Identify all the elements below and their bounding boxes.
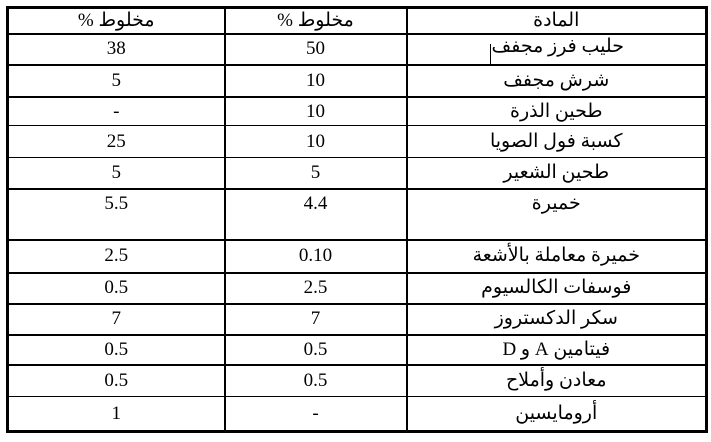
cell-mix1: 2.5 — [225, 273, 407, 304]
table-row: أرومايسين - 1 — [8, 397, 707, 432]
table-row: طحين الشعير 5 5 — [8, 158, 707, 189]
header-row: المادة مخلوط % مخلوط % — [8, 8, 707, 34]
cell-mix2: 7 — [8, 304, 225, 335]
cell-mix1: 0.5 — [225, 335, 407, 365]
table-row: معادن وأملاح 0.5 0.5 — [8, 365, 707, 397]
table-row: كسبة فول الصويا 10 25 — [8, 126, 707, 158]
header-material: المادة — [407, 8, 707, 34]
cell-mix2: 25 — [8, 126, 225, 158]
cell-mix1: 0.5 — [225, 365, 407, 397]
cell-material: أرومايسين — [407, 397, 707, 432]
cell-mix2: 0.5 — [8, 335, 225, 365]
table-row: سكر الدكستروز 7 7 — [8, 304, 707, 335]
cell-material: حليب فرز مجفف — [407, 34, 707, 65]
cell-material: معادن وأملاح — [407, 365, 707, 397]
table-row: خميرة معاملة بالأشعة 0.10 2.5 — [8, 240, 707, 273]
cell-mix1: 4.4 — [225, 189, 407, 240]
cell-mix1: 50 — [225, 34, 407, 65]
cell-mix2: 2.5 — [8, 240, 225, 273]
cell-material: فيتامين A و D — [407, 335, 707, 365]
cell-mix2: 5 — [8, 65, 225, 97]
table-row: فيتامين A و D 0.5 0.5 — [8, 335, 707, 365]
cell-mix2: 5 — [8, 158, 225, 189]
table-row: طحين الذرة 10 - — [8, 97, 707, 126]
table-row: حليب فرز مجفف 50 38 — [8, 34, 707, 65]
material-text: حليب فرز مجفف — [492, 36, 624, 57]
cell-mix1: 5 — [225, 158, 407, 189]
header-mix2: مخلوط % — [8, 8, 225, 34]
cell-mix2: 5.5 — [8, 189, 225, 240]
cell-material: فوسفات الكالسيوم — [407, 273, 707, 304]
cell-material: طحين الشعير — [407, 158, 707, 189]
header-mix1: مخلوط % — [225, 8, 407, 34]
cell-mix1: - — [225, 397, 407, 432]
cell-mix1: 7 — [225, 304, 407, 335]
table-row: شرش مجفف 10 5 — [8, 65, 707, 97]
cell-material: كسبة فول الصويا — [407, 126, 707, 158]
table-row: خميرة 4.4 5.5 — [8, 189, 707, 240]
table-row: فوسفات الكالسيوم 2.5 0.5 — [8, 273, 707, 304]
cell-material: شرش مجفف — [407, 65, 707, 97]
cell-mix2: - — [8, 97, 225, 126]
cell-material: خميرة — [407, 189, 707, 240]
cell-material: طحين الذرة — [407, 97, 707, 126]
cell-mix1: 0.10 — [225, 240, 407, 273]
cell-mix2: 0.5 — [8, 273, 225, 304]
cell-mix1: 10 — [225, 126, 407, 158]
cell-mix1: 10 — [225, 65, 407, 97]
document-page: المادة مخلوط % مخلوط % حليب فرز مجفف 50 … — [0, 0, 711, 442]
cell-mix2: 38 — [8, 34, 225, 65]
cell-material: خميرة معاملة بالأشعة — [407, 240, 707, 273]
cell-mix2: 1 — [8, 397, 225, 432]
ingredients-table: المادة مخلوط % مخلوط % حليب فرز مجفف 50 … — [6, 6, 708, 433]
cell-mix1: 10 — [225, 97, 407, 126]
cell-mix2: 0.5 — [8, 365, 225, 397]
cell-material: سكر الدكستروز — [407, 304, 707, 335]
text-cursor — [490, 44, 491, 64]
